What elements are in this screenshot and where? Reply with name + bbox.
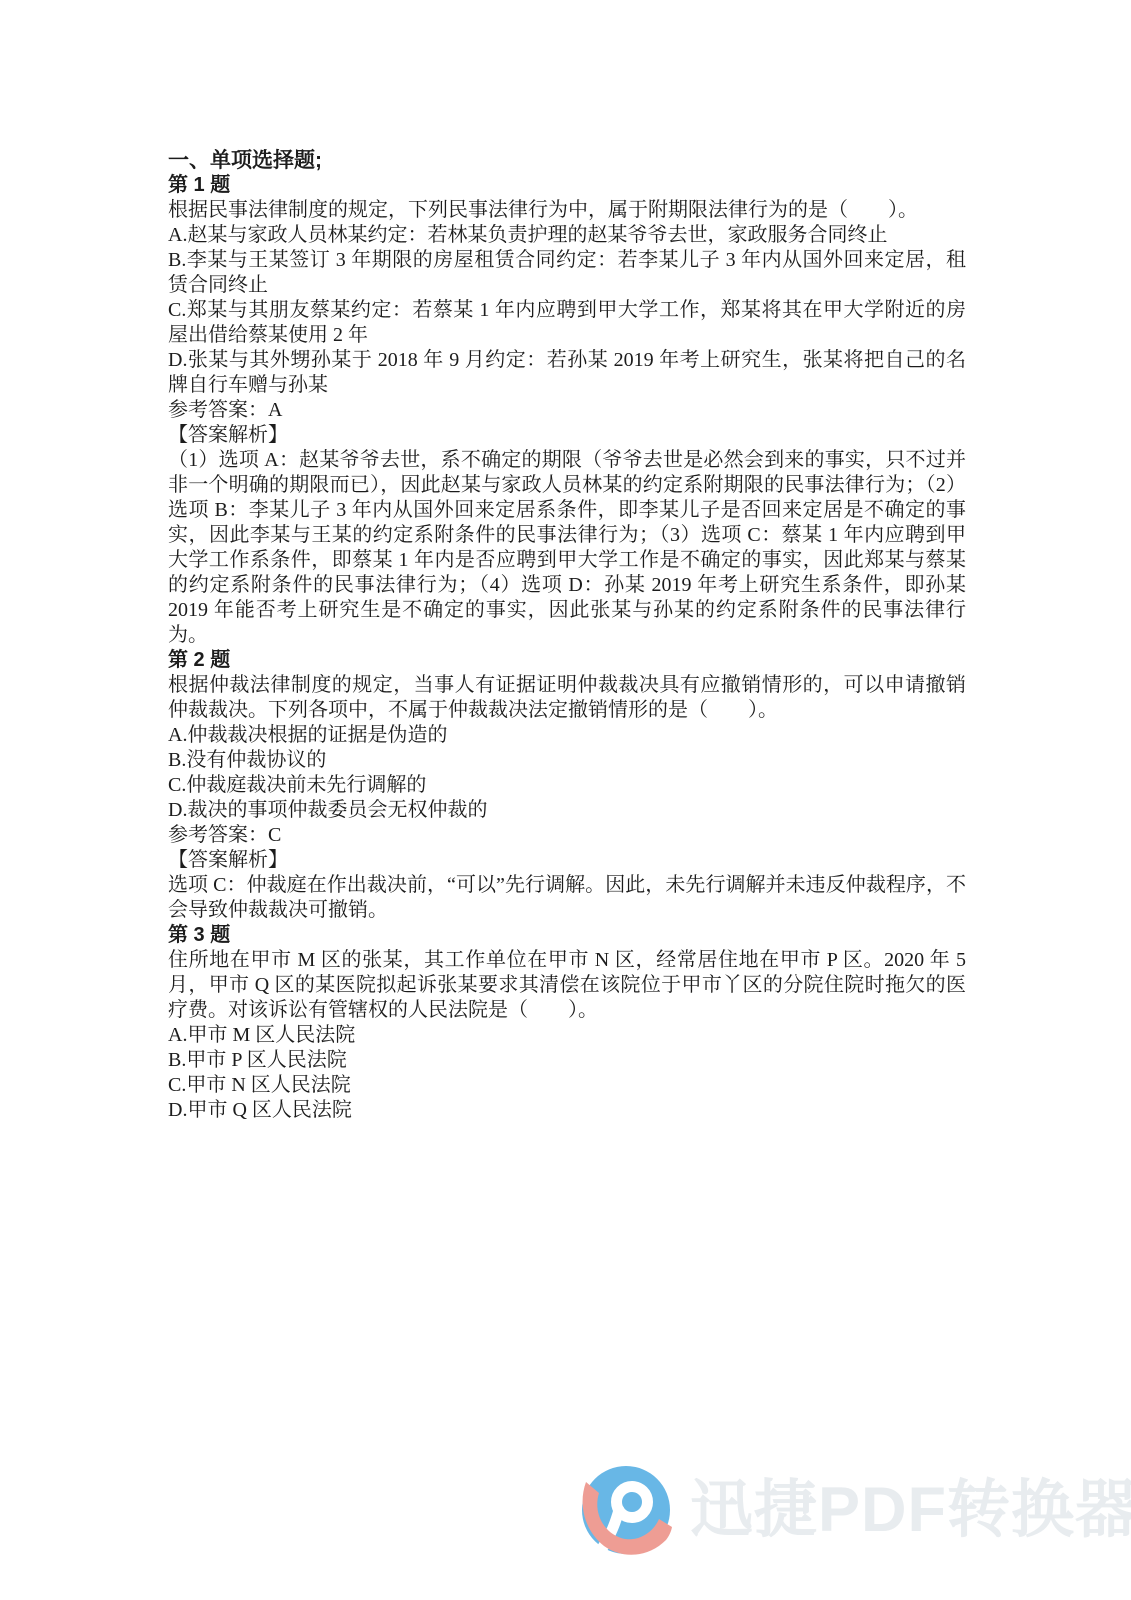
question-2-option-c: C.仲裁庭裁决前未先行调解的: [168, 773, 966, 798]
question-3-stem: 住所地在甲市 M 区的张某，其工作单位在甲市 N 区，经常居住地在甲市 P 区。…: [168, 948, 966, 1023]
question-1-reference-answer: 参考答案：A: [168, 398, 966, 423]
question-1-option-a: A.赵某与家政人员林某约定：若林某负责护理的赵某爷爷去世，家政服务合同终止: [168, 223, 966, 248]
question-1-option-c: C.郑某与其朋友蔡某约定：若蔡某 1 年内应聘到甲大学工作，郑某将其在甲大学附近…: [168, 298, 966, 348]
question-3-title: 第 3 题: [168, 923, 966, 948]
question-2-analysis-header: 【答案解析】: [168, 848, 966, 873]
watermark: 迅捷PDF转换器: [578, 1462, 1131, 1558]
question-1-analysis-header: 【答案解析】: [168, 423, 966, 448]
document-content: 一、单项选择题; 第 1 题 根据民事法律制度的规定，下列民事法律行为中，属于附…: [168, 148, 966, 1123]
question-2-stem: 根据仲裁法律制度的规定，当事人有证据证明仲裁裁决具有应撤销情形的，可以申请撤销仲…: [168, 673, 966, 723]
question-3-option-b: B.甲市 P 区人民法院: [168, 1048, 966, 1073]
question-block-3: 第 3 题 住所地在甲市 M 区的张某，其工作单位在甲市 N 区，经常居住地在甲…: [168, 923, 966, 1123]
question-block-1: 第 1 题 根据民事法律制度的规定，下列民事法律行为中，属于附期限法律行为的是（…: [168, 173, 966, 648]
question-1-stem: 根据民事法律制度的规定，下列民事法律行为中，属于附期限法律行为的是（ ）。: [168, 198, 966, 223]
question-block-2: 第 2 题 根据仲裁法律制度的规定，当事人有证据证明仲裁裁决具有应撤销情形的，可…: [168, 648, 966, 923]
watermark-text: 迅捷PDF转换器: [690, 1462, 1131, 1558]
document-page: 一、单项选择题; 第 1 题 根据民事法律制度的规定，下列民事法律行为中，属于附…: [0, 0, 1131, 1600]
question-3-option-d: D.甲市 Q 区人民法院: [168, 1098, 966, 1123]
pdf-converter-logo-icon: [578, 1462, 674, 1558]
question-2-option-b: B.没有仲裁协议的: [168, 748, 966, 773]
section-title: 一、单项选择题;: [168, 148, 966, 173]
question-2-option-d: D.裁决的事项仲裁委员会无权仲裁的: [168, 798, 966, 823]
question-2-reference-answer: 参考答案：C: [168, 823, 966, 848]
question-1-title: 第 1 题: [168, 173, 966, 198]
question-2-analysis-text: 选项 C：仲裁庭在作出裁决前，“可以”先行调解。因此，未先行调解并未违反仲裁程序…: [168, 873, 966, 923]
question-1-analysis-text: （1）选项 A：赵某爷爷去世，系不确定的期限（爷爷去世是必然会到来的事实，只不过…: [168, 448, 966, 648]
question-2-option-a: A.仲裁裁决根据的证据是伪造的: [168, 723, 966, 748]
question-1-option-b: B.李某与王某签订 3 年期限的房屋租赁合同约定：若李某儿子 3 年内从国外回来…: [168, 248, 966, 298]
question-2-title: 第 2 题: [168, 648, 966, 673]
question-1-option-d: D.张某与其外甥孙某于 2018 年 9 月约定：若孙某 2019 年考上研究生…: [168, 348, 966, 398]
question-3-option-a: A.甲市 M 区人民法院: [168, 1023, 966, 1048]
question-3-option-c: C.甲市 N 区人民法院: [168, 1073, 966, 1098]
